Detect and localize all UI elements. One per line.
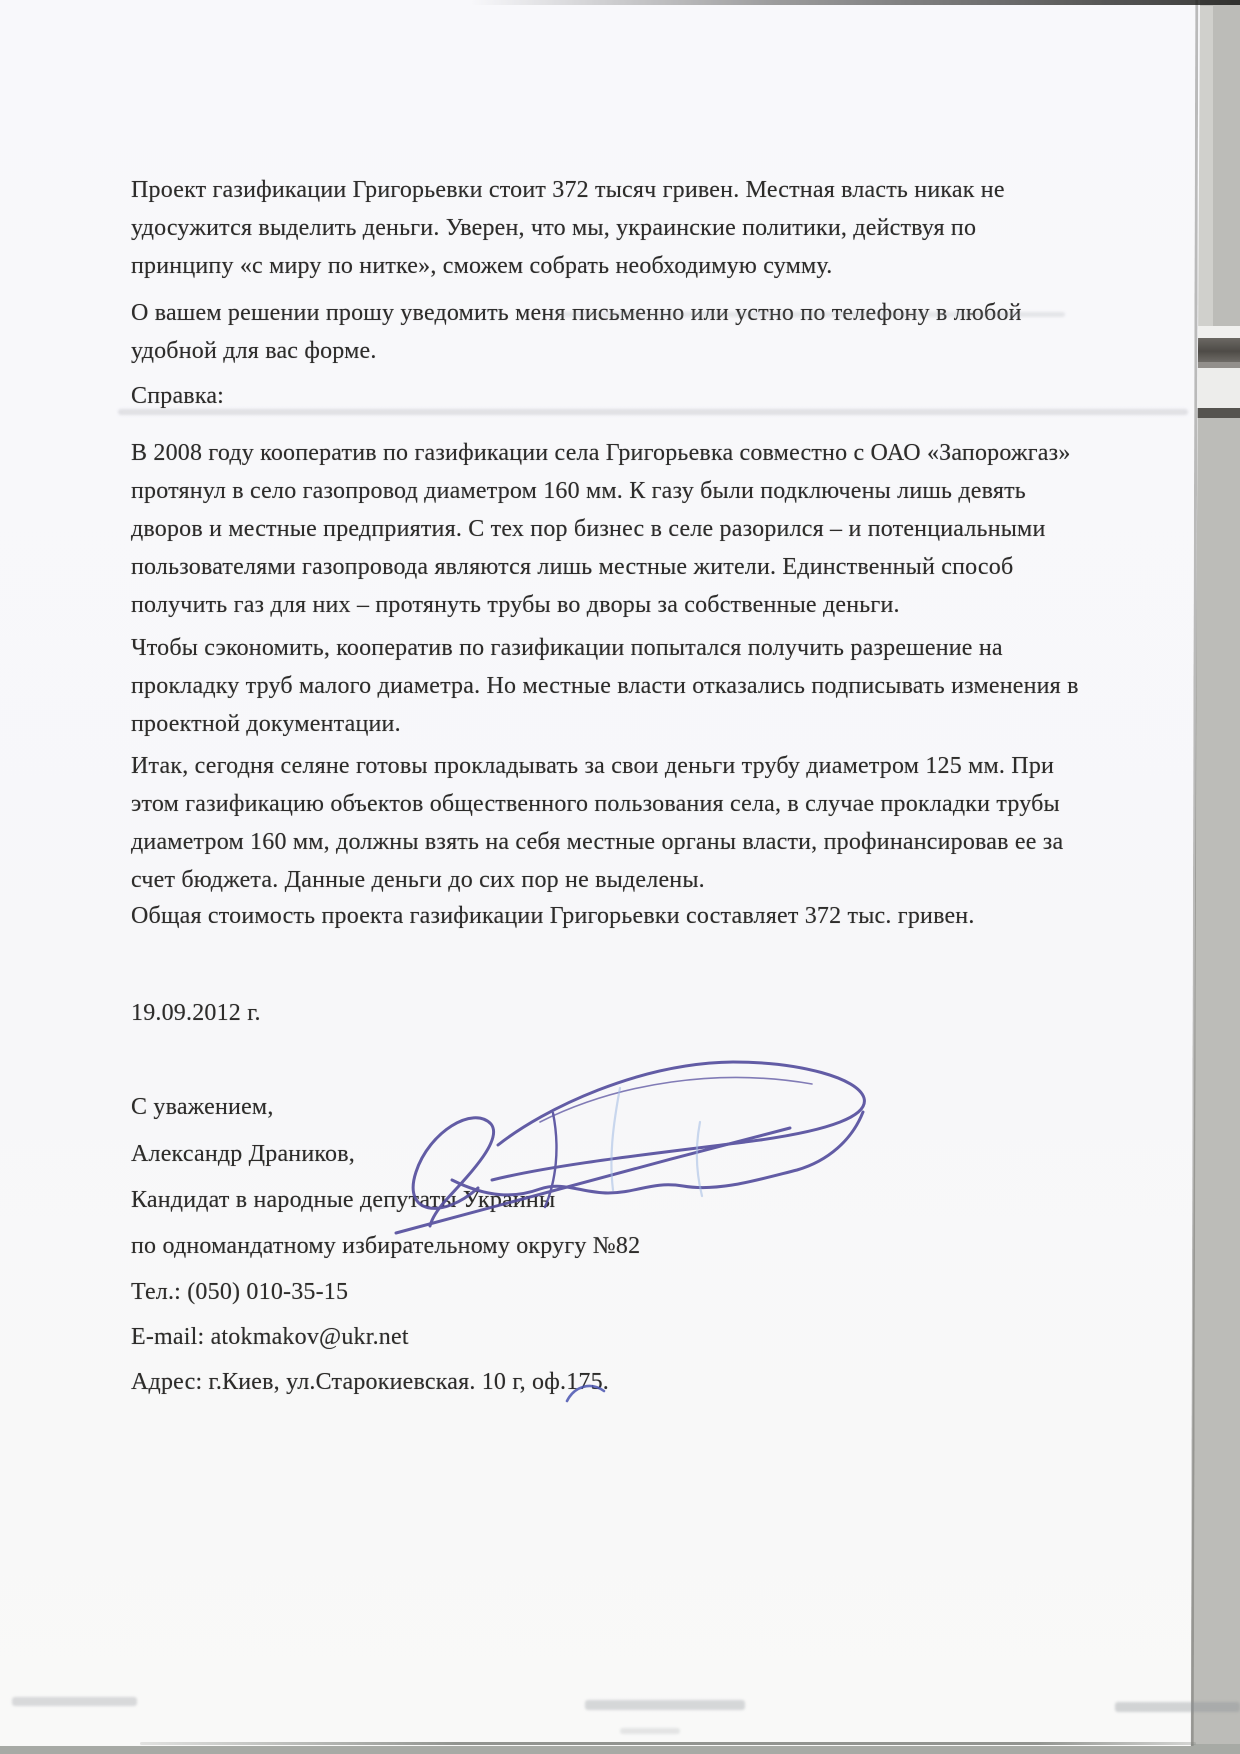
- closing-line: С уважением,: [131, 1094, 274, 1121]
- scan-smudge: [118, 409, 1188, 415]
- scan-artifact-band: [1194, 408, 1240, 418]
- scan-artifact-band: [1194, 368, 1240, 408]
- scan-smudge: [555, 312, 1065, 317]
- scan-smudge: [620, 1728, 680, 1734]
- body-line: получить газ для них – протянуть трубы в…: [131, 586, 1071, 624]
- scan-smudge: [1115, 1702, 1240, 1712]
- body-line: дворов и местные предприятия. С тех пор …: [131, 510, 1071, 548]
- letter-date: 19.09.2012 г.: [131, 1000, 261, 1027]
- body-line: удосужится выделить деньги. Уверен, что …: [131, 209, 1005, 247]
- scanned-letter-page: Проект газификации Григорьевки стоит 372…: [0, 0, 1240, 1754]
- scan-top-edge-shadow: [470, 0, 1240, 5]
- body-line: В 2008 году кооператив по газификации се…: [131, 434, 1071, 472]
- sender-title-line2: по одномандатному избирательному округу …: [131, 1233, 640, 1260]
- body-line: Проект газификации Григорьевки стоит 372…: [131, 171, 1005, 209]
- body-line: проектной документации.: [131, 705, 1079, 743]
- paragraph-request: О вашем решении прошу уведомить меня пис…: [131, 294, 1022, 370]
- body-line: Чтобы сэкономить, кооператив по газифика…: [131, 629, 1079, 667]
- paragraph-today: Итак, сегодня селяне готовы прокладывать…: [131, 747, 1063, 899]
- body-line: пользователями газопровода являются лишь…: [131, 548, 1071, 586]
- scan-artifact-band: [1194, 326, 1240, 338]
- scan-artifact-band: [1194, 338, 1240, 362]
- body-line: этом газификацию объектов общественного …: [131, 785, 1063, 823]
- email-line: E-mail: atokmakov@ukr.net: [131, 1324, 409, 1351]
- body-line: прокладку труб малого диаметра. Но местн…: [131, 667, 1079, 705]
- body-line: Итак, сегодня селяне готовы прокладывать…: [131, 747, 1063, 785]
- address-line: Адрес: г.Киев, ул.Старокиевская. 10 г, о…: [131, 1369, 609, 1396]
- body-line: принципу «с миру по нитке», сможем собра…: [131, 247, 1005, 285]
- sender-name: Александр Драников,: [131, 1141, 355, 1168]
- scan-smudge: [585, 1700, 745, 1710]
- body-line: протянул в село газопровод диаметром 160…: [131, 472, 1071, 510]
- paragraph-total-cost: Общая стоимость проекта газификации Григ…: [131, 897, 975, 935]
- sender-title-line1: Кандидат в народные депутаты Украины: [131, 1187, 555, 1214]
- paragraph-history: В 2008 году кооператив по газификации се…: [131, 434, 1071, 624]
- scan-smudge: [12, 1697, 137, 1706]
- paragraph-cooperative: Чтобы сэкономить, кооператив по газифика…: [131, 629, 1079, 743]
- body-line: диаметром 160 мм, должны взять на себя м…: [131, 823, 1063, 861]
- body-line: счет бюджета. Данные деньги до сих пор н…: [131, 861, 1063, 899]
- body-line: Общая стоимость проекта газификации Григ…: [131, 897, 975, 935]
- paper-bottom-edge: [140, 1742, 1196, 1745]
- phone-line: Тел.: (050) 010-35-15: [131, 1279, 348, 1306]
- body-line: удобной для вас форме.: [131, 332, 1022, 370]
- paragraph-intro: Проект газификации Григорьевки стоит 372…: [131, 171, 1005, 285]
